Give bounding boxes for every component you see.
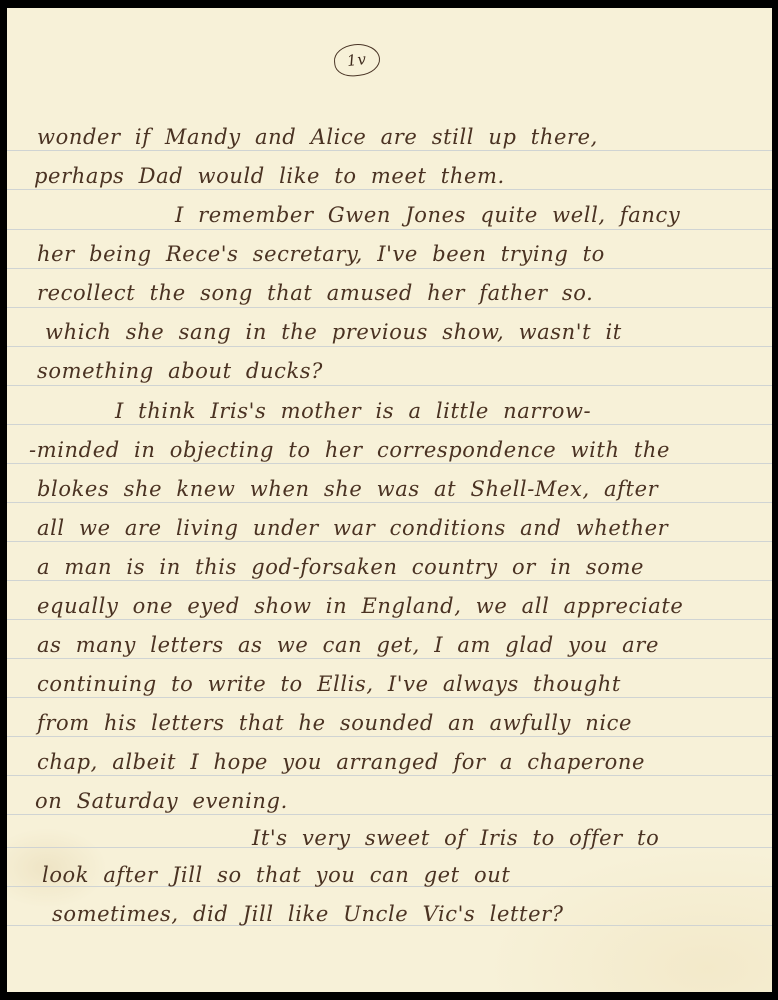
text-line: look after Jill so that you can get out [42, 860, 752, 890]
text-line: from his letters that he sounded an awfu… [37, 708, 752, 738]
text-line: chap, albeit I hope you arranged for a c… [37, 747, 752, 777]
text-line: her being Rece's secretary, I've been tr… [37, 239, 752, 269]
text-line: I remember Gwen Jones quite well, fancy [175, 200, 752, 230]
text-line: continuing to write to Ellis, I've alway… [37, 669, 752, 699]
text-line: sometimes, did Jill like Uncle Vic's let… [52, 899, 752, 929]
text-line: as many letters as we can get, I am glad… [37, 630, 752, 660]
text-line: all we are living under war conditions a… [37, 513, 752, 543]
page-number: 1v [332, 42, 381, 79]
text-line: -minded in objecting to her corresponden… [29, 435, 752, 465]
text-line: It's very sweet of Iris to offer to [252, 823, 752, 853]
text-line: on Saturday evening. [35, 786, 752, 816]
text-line: wonder if Mandy and Alice are still up t… [37, 122, 752, 152]
text-line: which she sang in the previous show, was… [45, 317, 752, 347]
letter-page: 1v wonder if Mandy and Alice are still u… [7, 8, 772, 992]
text-line: I think Iris's mother is a little narrow… [115, 396, 752, 426]
text-line: equally one eyed show in England, we all… [37, 591, 752, 621]
text-line: blokes she knew when she was at Shell-Me… [37, 474, 752, 504]
text-line: recollect the song that amused her fathe… [37, 278, 752, 308]
text-line: perhaps Dad would like to meet them. [34, 161, 752, 191]
text-line: a man is in this god-forsaken country or… [37, 552, 752, 582]
text-line: something about ducks? [37, 356, 752, 386]
